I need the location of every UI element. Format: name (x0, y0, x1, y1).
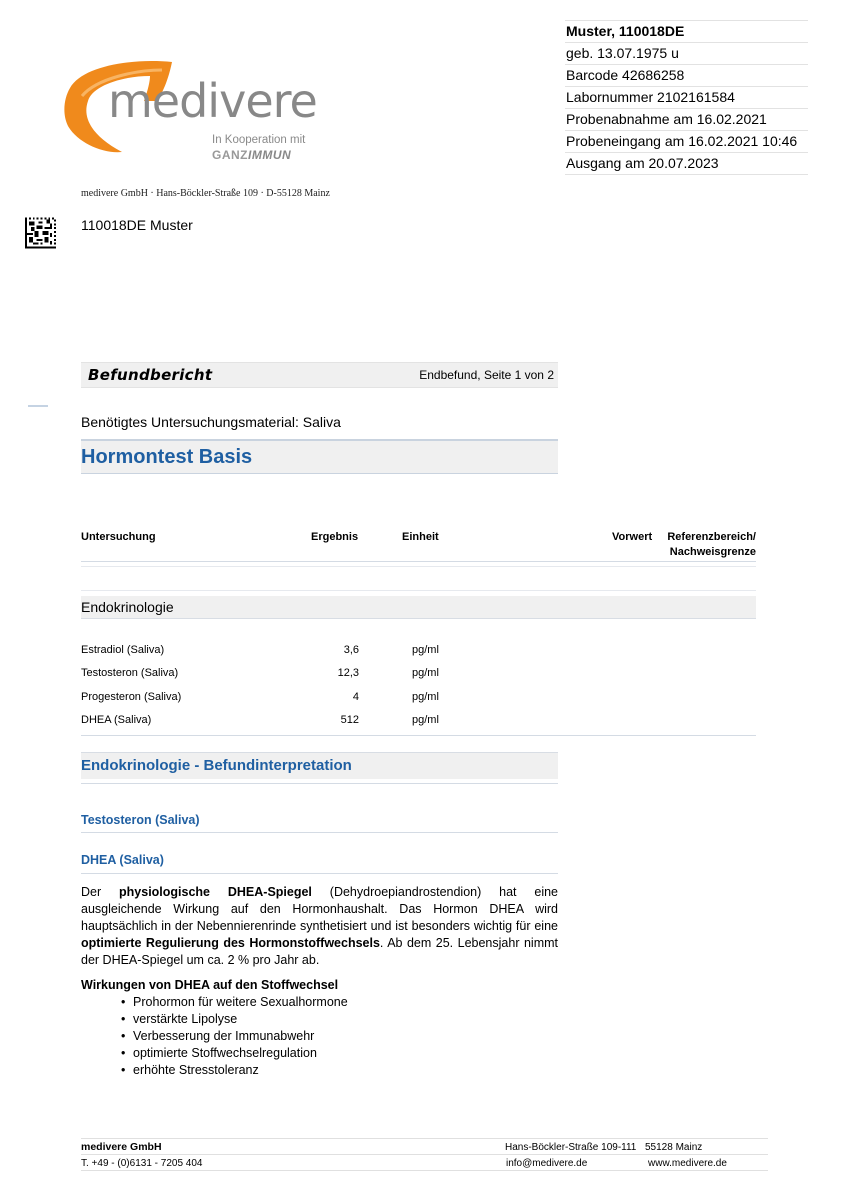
interpretation-title-bar: Endokrinologie - Befundinterpretation (81, 752, 558, 779)
row-test: Estradiol (Saliva) (81, 644, 164, 656)
subheading-testosterone: Testosteron (Saliva) (81, 813, 200, 827)
footer-street: Hans-Böckler-Straße 109-111 (505, 1142, 636, 1153)
table-row: DHEA (Saliva) 512 pg/ml (81, 714, 756, 737)
table-spacer-divider (81, 590, 756, 591)
sample-material: Benötigtes Untersuchungsmaterial: Saliva (81, 414, 341, 430)
col-header-unit: Einheit (402, 531, 439, 543)
patient-name: Muster, 110018DE (565, 20, 808, 42)
row-test: DHEA (Saliva) (81, 714, 151, 726)
barcode: Barcode 42686258 (565, 64, 808, 86)
para-bold: optimierte Regulierung des Hormonstoffwe… (81, 936, 380, 950)
table-header-divider-2 (81, 566, 756, 567)
list-item: Verbesserung der Immunabwehr (121, 1028, 348, 1045)
section-title: Endokrinologie (81, 599, 174, 615)
col-header-reference: Referenzbereich/ Nachweisgrenze (662, 531, 756, 558)
table-row: Estradiol (Saliva) 3,6 pg/ml (81, 644, 756, 667)
para-text: Der (81, 885, 119, 899)
para-bold: physiologische DHEA-Spiegel (119, 885, 312, 899)
row-test: Progesteron (Saliva) (81, 691, 181, 703)
list-item: optimierte Stoffwechselregulation (121, 1045, 348, 1062)
patient-birthdate: geb. 13.07.1975 u (565, 42, 808, 64)
effects-title: Wirkungen von DHEA auf den Stoffwechsel (81, 978, 338, 992)
col-header-reference-line1: Referenzbereich/ (662, 531, 756, 543)
row-unit: pg/ml (412, 667, 439, 679)
footer-divider (81, 1138, 768, 1139)
patient-info-box: Muster, 110018DE geb. 13.07.1975 u Barco… (565, 20, 808, 175)
fold-mark (28, 405, 48, 407)
row-unit: pg/ml (412, 714, 439, 726)
list-item: verstärkte Lipolyse (121, 1011, 348, 1028)
footer-company: medivere GmbH (81, 1141, 162, 1153)
report-status: Endbefund, Seite 1 von 2 (419, 368, 554, 382)
output-date: Ausgang am 20.07.2023 (565, 152, 808, 175)
section-bar-endocrinology: Endokrinologie (81, 596, 756, 619)
test-title-bar: Hormontest Basis (81, 439, 558, 474)
row-unit: pg/ml (412, 644, 439, 656)
row-result: 4 (281, 691, 359, 703)
test-title: Hormontest Basis (81, 446, 252, 469)
subheading-dhea: DHEA (Saliva) (81, 853, 164, 867)
sender-address: medivere GmbH · Hans-Böckler-Straße 109 … (81, 188, 330, 199)
row-result: 12,3 (281, 667, 359, 679)
row-test: Testosteron (Saliva) (81, 667, 178, 679)
interpretation-divider (81, 783, 558, 784)
row-result: 512 (281, 714, 359, 726)
row-unit: pg/ml (412, 691, 439, 703)
table-header-divider (81, 561, 756, 562)
col-header-result: Ergebnis (311, 531, 358, 543)
logo-partner-part2: IMMUN (248, 148, 291, 162)
logo-partner-part1: GANZ (212, 148, 248, 162)
sample-collection-date: Probenabnahme am 16.02.2021 (565, 108, 808, 130)
report-header-bar: Befundbericht Endbefund, Seite 1 von 2 (81, 362, 558, 388)
list-item: Prohormon für weitere Sexualhormone (121, 994, 348, 1011)
sample-receipt-date: Probeneingang am 16.02.2021 10:46 (565, 130, 808, 152)
footer-phone: T. +49 - (0)6131 - 7205 404 (81, 1158, 202, 1169)
col-header-test: Untersuchung (81, 531, 156, 543)
row-result: 3,6 (281, 644, 359, 656)
footer-divider (81, 1154, 768, 1155)
col-header-reference-line2: Nachweisgrenze (662, 546, 756, 558)
table-end-divider (81, 735, 756, 736)
logo-coop-text: In Kooperation mit (212, 134, 305, 146)
col-header-previous: Vorwert (612, 531, 652, 543)
logo-brand-text: medivere (108, 74, 317, 128)
lab-number: Labornummer 2102161584 (565, 86, 808, 108)
table-row: Testosteron (Saliva) 12,3 pg/ml (81, 667, 756, 690)
footer-email[interactable]: info@medivere.de (506, 1158, 587, 1169)
footer-website[interactable]: www.medivere.de (648, 1158, 727, 1169)
table-row: Progesteron (Saliva) 4 pg/ml (81, 691, 756, 714)
footer-city: 55128 Mainz (645, 1142, 702, 1153)
report-title: Befundbericht (88, 366, 212, 384)
medivere-logo: medivere In Kooperation mit GANZIMMUN (62, 56, 332, 168)
datamatrix-code-icon (25, 217, 56, 249)
subheading-divider (81, 873, 558, 874)
recipient-line: 110018DE Muster (81, 217, 193, 233)
interpretation-title: Endokrinologie - Befundinterpretation (81, 757, 352, 774)
effects-list: Prohormon für weitere Sexualhormone vers… (121, 994, 348, 1079)
logo-partner-text: GANZIMMUN (212, 148, 291, 162)
list-item: erhöhte Stresstoleranz (121, 1062, 348, 1079)
subheading-divider (81, 832, 558, 833)
dhea-description: Der physiologische DHEA-Spiegel (Dehydro… (81, 884, 558, 969)
footer-divider (81, 1170, 768, 1171)
